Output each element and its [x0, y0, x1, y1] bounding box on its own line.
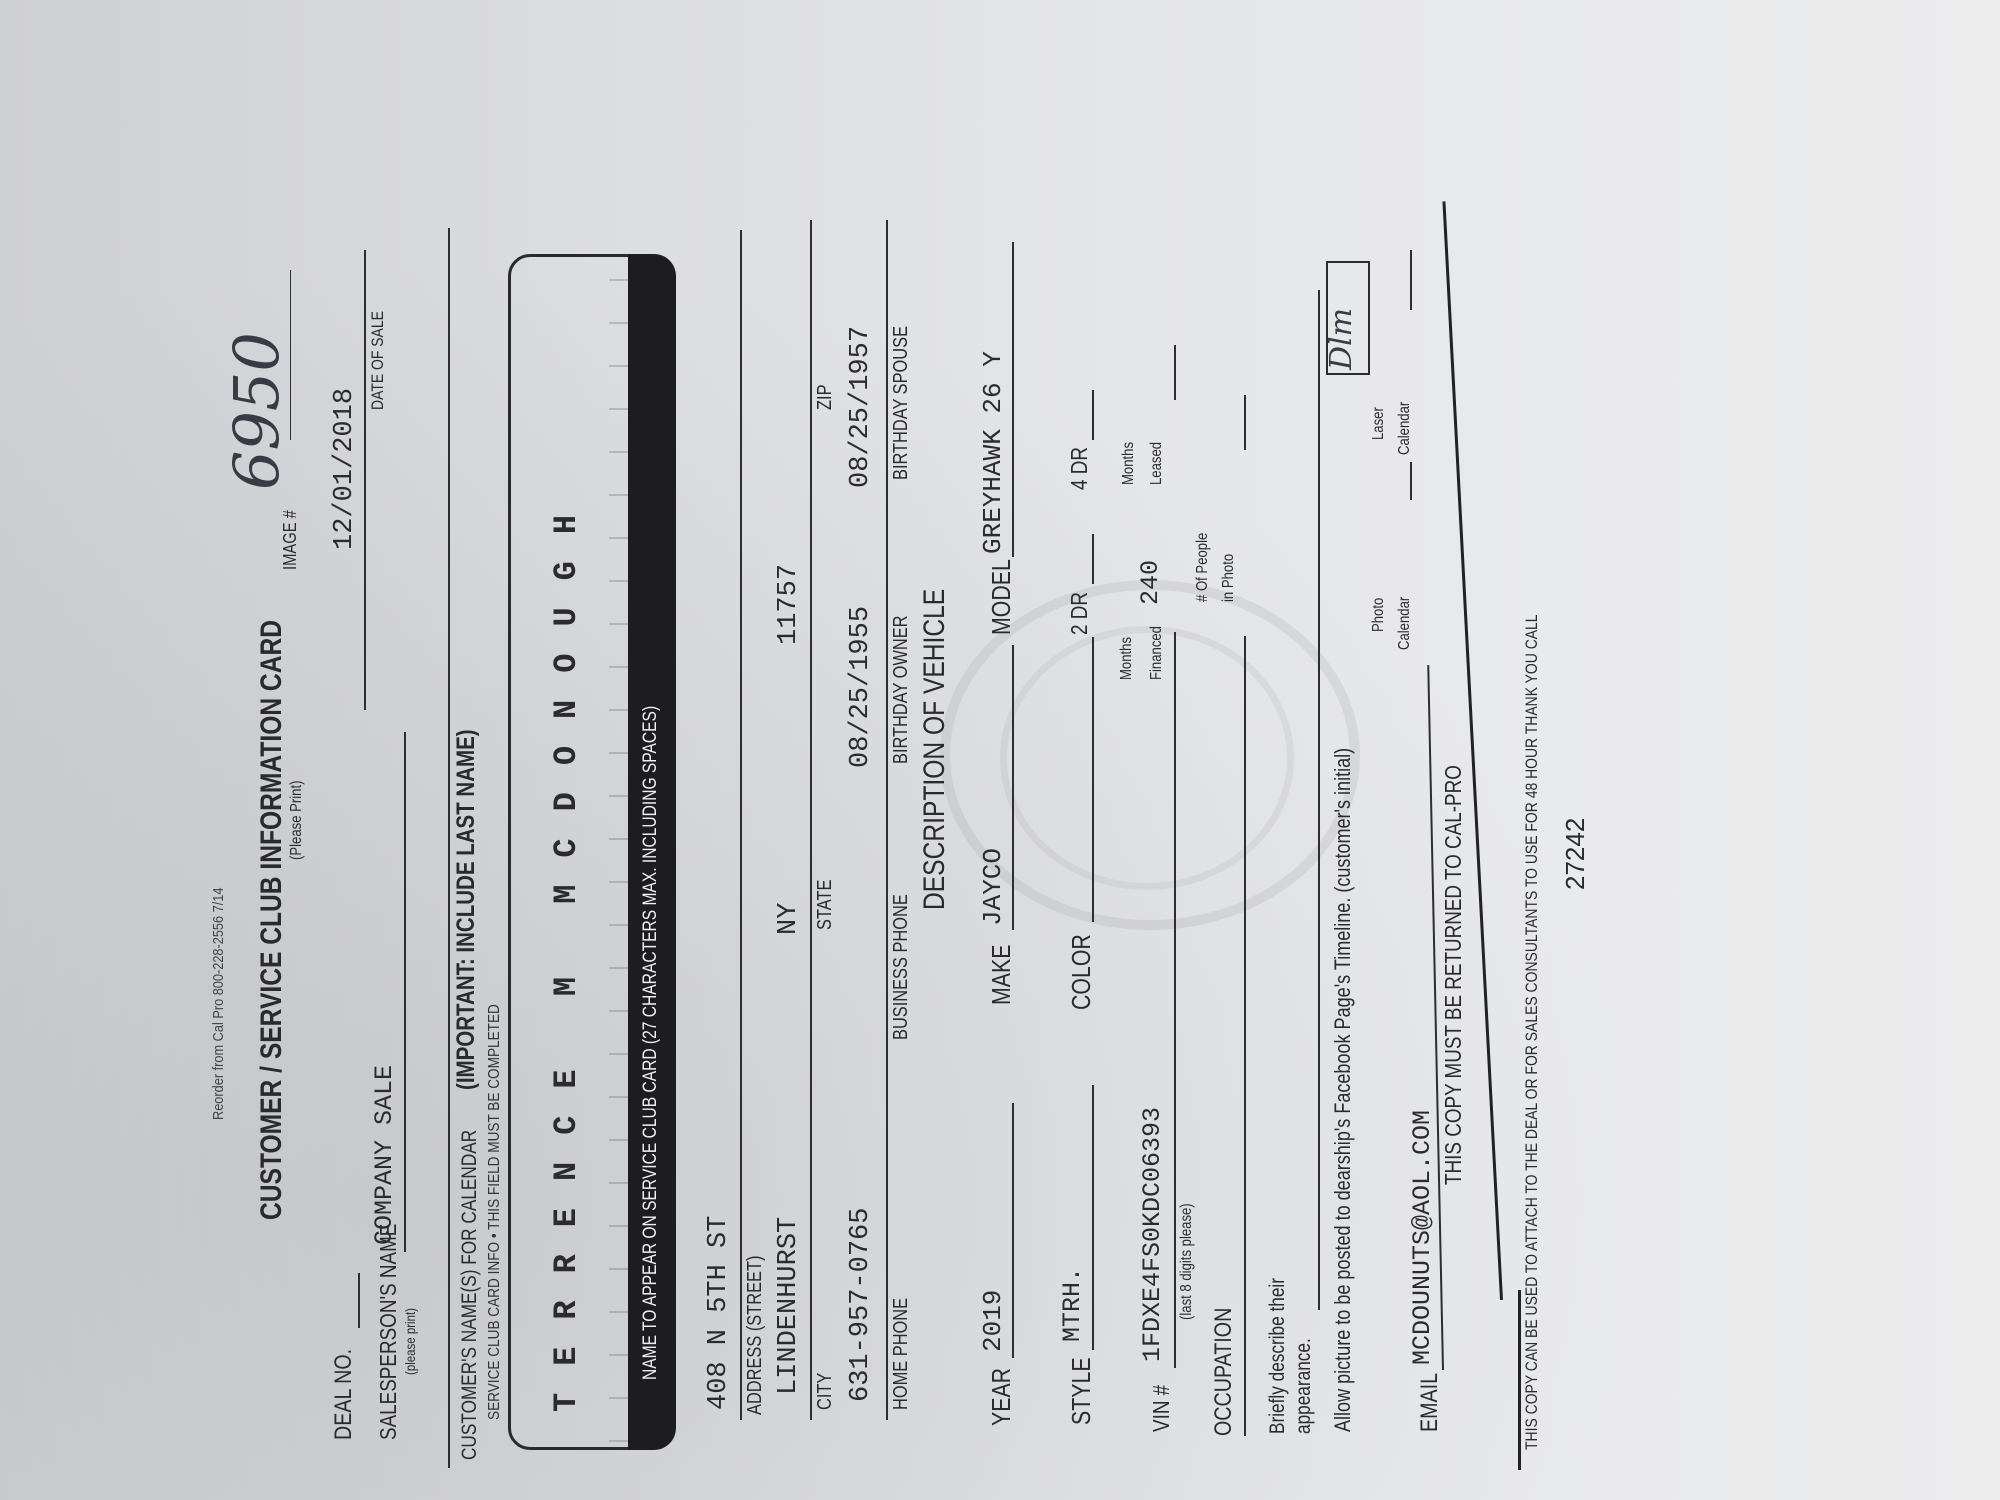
phone-line	[886, 220, 888, 1420]
birthday-spouse-value[interactable]: 08/25/1957	[846, 326, 876, 488]
card-info-note: SERVICE CLUB CARD INFO • THIS FIELD MUST…	[486, 1004, 504, 1420]
form-title: CUSTOMER / SERVICE CLUB INFORMATION CARD	[255, 620, 289, 1220]
home-phone-label: HOME PHONE	[890, 1298, 913, 1410]
birthday-owner-value[interactable]: 08/25/1955	[846, 606, 876, 768]
vin-label: VIN #	[1148, 1385, 1175, 1432]
city-value[interactable]: LINDENHURST	[774, 1217, 804, 1395]
business-phone-label: BUSINESS PHONE	[890, 894, 913, 1040]
photo-calendar-label-bottom: Calendar	[1396, 597, 1414, 650]
state-label: STATE	[814, 880, 837, 930]
months-financed-label-top: Months	[1118, 637, 1136, 680]
laser-calendar-field[interactable]	[1410, 250, 1412, 310]
occupation-field[interactable]	[1244, 636, 1246, 1436]
street-label: ADDRESS (STREET)	[744, 1256, 767, 1415]
city-line	[810, 220, 812, 1420]
year-label: YEAR	[986, 1368, 1017, 1426]
deal-no-field[interactable]	[358, 1273, 360, 1328]
months-leased-label-bottom: Leased	[1148, 442, 1166, 485]
card-name-value[interactable]: TERRENCE M MCDONOUGH	[548, 488, 585, 1412]
date-of-sale-label: DATE OF SALE	[368, 311, 388, 410]
state-value[interactable]: NY	[774, 903, 804, 935]
make-line	[1012, 645, 1014, 930]
birthday-owner-label: BIRTHDAY OWNER	[890, 615, 913, 764]
four-door-field[interactable]	[1092, 390, 1094, 440]
vin-line	[1174, 688, 1176, 1368]
section-divider	[448, 228, 450, 1468]
months-financed-line	[1174, 632, 1176, 692]
image-number-label: IMAGE #	[280, 510, 301, 570]
watermark-logo-inner	[1000, 626, 1294, 890]
style-label: STYLE	[1066, 1357, 1097, 1425]
vin-value[interactable]: 1FDXE4FS0KDC06393	[1138, 1107, 1167, 1362]
occupation-label: OCCUPATION	[1210, 1308, 1238, 1436]
two-door-label: 2 DR	[1066, 592, 1093, 635]
salesperson-value[interactable]: COMPANY SALE	[370, 1065, 399, 1245]
model-label: MODEL	[986, 559, 1017, 635]
make-label: MAKE	[986, 945, 1017, 1005]
year-value[interactable]: 2019	[978, 1290, 1008, 1352]
year-line	[1012, 1103, 1014, 1358]
laser-calendar-label-bottom: Calendar	[1396, 402, 1414, 455]
months-leased-field[interactable]	[1174, 345, 1176, 400]
vin-sub-label: (last 8 digits please)	[1178, 1203, 1196, 1320]
footer-text: THIS COPY CAN BE USED TO ATTACH TO THE D…	[1522, 614, 1542, 1450]
street-line	[740, 230, 742, 1420]
salesperson-sub-label: (please print)	[402, 1308, 418, 1375]
color-field[interactable]	[1092, 637, 1094, 922]
salesperson-label: SALESPERSON'S NAME	[375, 1224, 402, 1440]
zip-value[interactable]: 11757	[774, 564, 804, 645]
return-notice: THIS COPY MUST BE RETURNED TO CAL-PRO	[1440, 765, 1467, 1185]
email-value[interactable]: MCDOUNUTS@AOL.COM	[1408, 1110, 1437, 1365]
form-number: 27242	[1560, 818, 1591, 890]
model-line	[1012, 242, 1014, 557]
months-leased-label-top: Months	[1120, 442, 1138, 485]
two-door-field[interactable]	[1092, 534, 1094, 584]
people-in-photo-label-bottom: in Photo	[1220, 554, 1238, 602]
image-number-value[interactable]: 6950	[220, 332, 293, 490]
zip-label: ZIP	[814, 384, 837, 410]
photo-calendar-label-top: Photo	[1370, 598, 1388, 632]
customer-initial-value: Dlm	[1324, 308, 1359, 370]
image-number-line	[290, 270, 291, 440]
laser-calendar-label-top: Laser	[1370, 407, 1388, 440]
service-club-card-form: Reorder from Cal Pro 800-228-2556 7/14 C…	[300, 220, 1670, 1450]
months-financed-label-bottom: Financed	[1148, 626, 1166, 680]
style-value[interactable]: MTRH.	[1058, 1267, 1087, 1342]
appearance-label-line1: Briefly describe their	[1266, 1278, 1290, 1434]
city-label: CITY	[814, 1373, 837, 1410]
footer-line-left	[1518, 1290, 1521, 1470]
appearance-field[interactable]	[1318, 290, 1320, 1310]
vehicle-section-title: DESCRIPTION OF VEHICLE	[918, 589, 952, 910]
date-of-sale-value[interactable]: 12/01/2018	[330, 388, 360, 550]
photo-calendar-field[interactable]	[1410, 462, 1412, 500]
birthday-spouse-label: BIRTHDAY SPOUSE	[890, 326, 913, 480]
deal-no-label: DEAL NO.	[330, 1349, 358, 1440]
color-label: COLOR	[1066, 934, 1097, 1010]
people-in-photo-label-top: # Of People	[1194, 533, 1212, 602]
appearance-label-line2: appearance.	[1292, 1338, 1316, 1434]
customer-names-label: CUSTOMER'S NAME(S) FOR CALENDAR	[458, 1130, 482, 1460]
reorder-note: Reorder from Cal Pro 800-228-2556 7/14	[210, 888, 227, 1120]
model-value[interactable]: GREYHAWK 26 Y	[978, 351, 1008, 554]
card-name-strip-text: NAME TO APPEAR ON SERVICE CLUB CARD (27 …	[640, 706, 662, 1380]
months-value[interactable]: 240	[1136, 560, 1165, 605]
please-print-note: (Please Print)	[288, 781, 306, 860]
people-in-photo-field[interactable]	[1244, 395, 1246, 450]
facebook-permission-text: Allow picture to be posted to dearship's…	[1330, 748, 1356, 1432]
salesperson-line	[404, 732, 406, 1252]
customer-names-important: (IMPORTANT: INCLUDE LAST NAME)	[452, 729, 481, 1090]
email-label: EMAIL	[1416, 1373, 1444, 1432]
date-of-sale-line	[364, 250, 366, 710]
street-value[interactable]: 408 N 5TH ST	[704, 1216, 734, 1410]
home-phone-value[interactable]: 631-957-0765	[846, 1208, 876, 1402]
four-door-label: 4 DR	[1066, 447, 1093, 490]
style-line	[1092, 1085, 1094, 1350]
make-value[interactable]: JAYCO	[978, 848, 1008, 926]
